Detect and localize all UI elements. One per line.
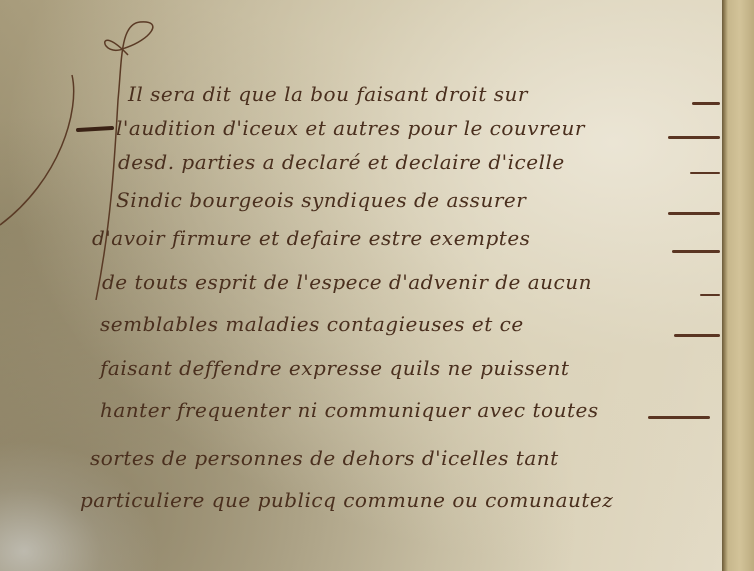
manuscript-line-3: desd. parties a declaré et declaire d'ic… xyxy=(118,150,565,174)
line-end-dash xyxy=(692,102,720,105)
manuscript-line-4: Sindic bourgeois syndiques de assurer xyxy=(116,188,526,212)
line-end-dash xyxy=(674,334,720,337)
line-end-dash xyxy=(672,250,720,253)
manuscript-line-6: de touts esprit de l'espece d'advenir de… xyxy=(102,270,592,294)
page-binding-edge xyxy=(722,0,754,571)
manuscript-line-11: particuliere que publicq commune ou comu… xyxy=(80,488,613,512)
manuscript-line-5: d'avoir firmure et defaire estre exempte… xyxy=(92,226,530,250)
manuscript-line-1: Il sera dit que la bou faisant droit sur xyxy=(128,82,528,106)
line-end-dash xyxy=(690,172,720,174)
line-end-dash xyxy=(668,212,720,215)
manuscript-line-10: sortes de personnes de dehors d'icelles … xyxy=(90,446,559,470)
manuscript-line-8: faisant deffendre expresse quils ne puis… xyxy=(100,356,569,380)
line-end-dash xyxy=(668,136,720,139)
manuscript-line-9: hanter frequenter ni communiquer avec to… xyxy=(100,398,599,422)
manuscript-line-7: semblables maladies contagieuses et ce xyxy=(100,312,524,336)
line-end-dash xyxy=(648,416,710,419)
manuscript-line-2: l'audition d'iceux et autres pour le cou… xyxy=(116,116,585,140)
line-end-dash xyxy=(700,294,720,296)
